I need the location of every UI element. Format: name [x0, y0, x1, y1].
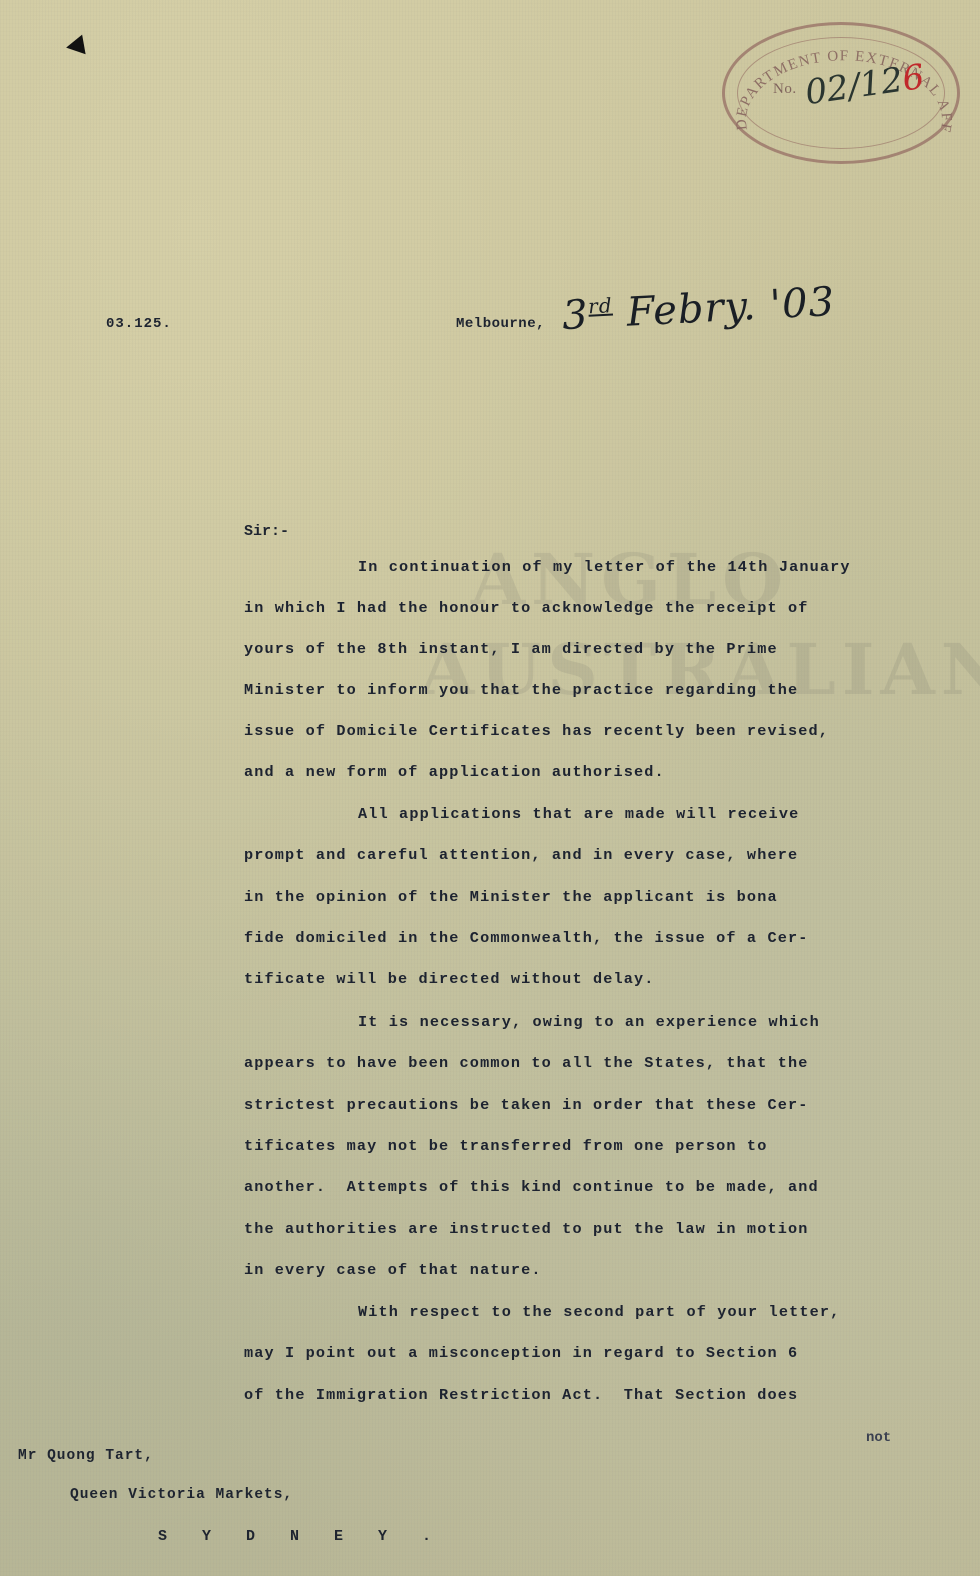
letter-line: and a new form of application authorised…: [244, 763, 665, 781]
continuation-word: not: [866, 1430, 891, 1446]
department-stamp: DEPARTMENT OF EXTERNAL AFFAIRS No. 02/12…: [722, 22, 960, 164]
stamp-no-label: No.: [773, 81, 797, 98]
letter-line: prompt and careful attention, and in eve…: [244, 846, 798, 864]
letter-page: DEPARTMENT OF EXTERNAL AFFAIRS No. 02/12…: [0, 0, 980, 1576]
letter-line: the authorities are instructed to put th…: [244, 1220, 809, 1238]
letter-line: in every case of that nature.: [244, 1261, 542, 1279]
recipient-name: Mr Quong Tart,: [18, 1448, 154, 1464]
recipient-street: Queen Victoria Markets,: [70, 1487, 293, 1503]
handwritten-date: 3rd Febry. '03: [561, 279, 836, 339]
place-line: Melbourne,: [456, 316, 545, 332]
letter-line: Minister to inform you that the practice…: [244, 681, 798, 699]
reference-number: 03.125.: [106, 316, 172, 332]
corner-pointer-mark-icon: [64, 35, 85, 58]
paper-texture: [0, 0, 980, 1576]
letter-line: in which I had the honour to acknowledge…: [244, 599, 809, 617]
recipient-city: S Y D N E Y .: [158, 1528, 444, 1545]
letter-line: In continuation of my letter of the 14th…: [358, 558, 851, 576]
letter-line: It is necessary, owing to an experience …: [358, 1013, 820, 1031]
letter-line: strictest precautions be taken in order …: [244, 1096, 809, 1114]
letter-line: in the opinion of the Minister the appli…: [244, 888, 778, 906]
letter-line: All applications that are made will rece…: [358, 805, 799, 823]
letter-line: tificate will be directed without delay.: [244, 970, 655, 988]
letter-line: With respect to the second part of your …: [358, 1303, 840, 1321]
letter-line: another. Attempts of this kind continue …: [244, 1178, 819, 1196]
letter-line: appears to have been common to all the S…: [244, 1054, 809, 1072]
date-rest: Febry. '03: [625, 279, 836, 336]
letter-line: issue of Domicile Certificates has recen…: [244, 722, 829, 740]
letter-line: may I point out a misconception in regar…: [244, 1344, 798, 1362]
letter-line: of the Immigration Restriction Act. That…: [244, 1386, 798, 1404]
letter-line: yours of the 8th instant, I am directed …: [244, 640, 778, 658]
letter-line: tificates may not be transferred from on…: [244, 1137, 767, 1155]
date-day: 3: [561, 292, 590, 339]
letter-line: fide domiciled in the Commonwealth, the …: [244, 929, 809, 947]
salutation: Sir:-: [244, 523, 289, 540]
date-suffix: rd: [588, 293, 614, 318]
